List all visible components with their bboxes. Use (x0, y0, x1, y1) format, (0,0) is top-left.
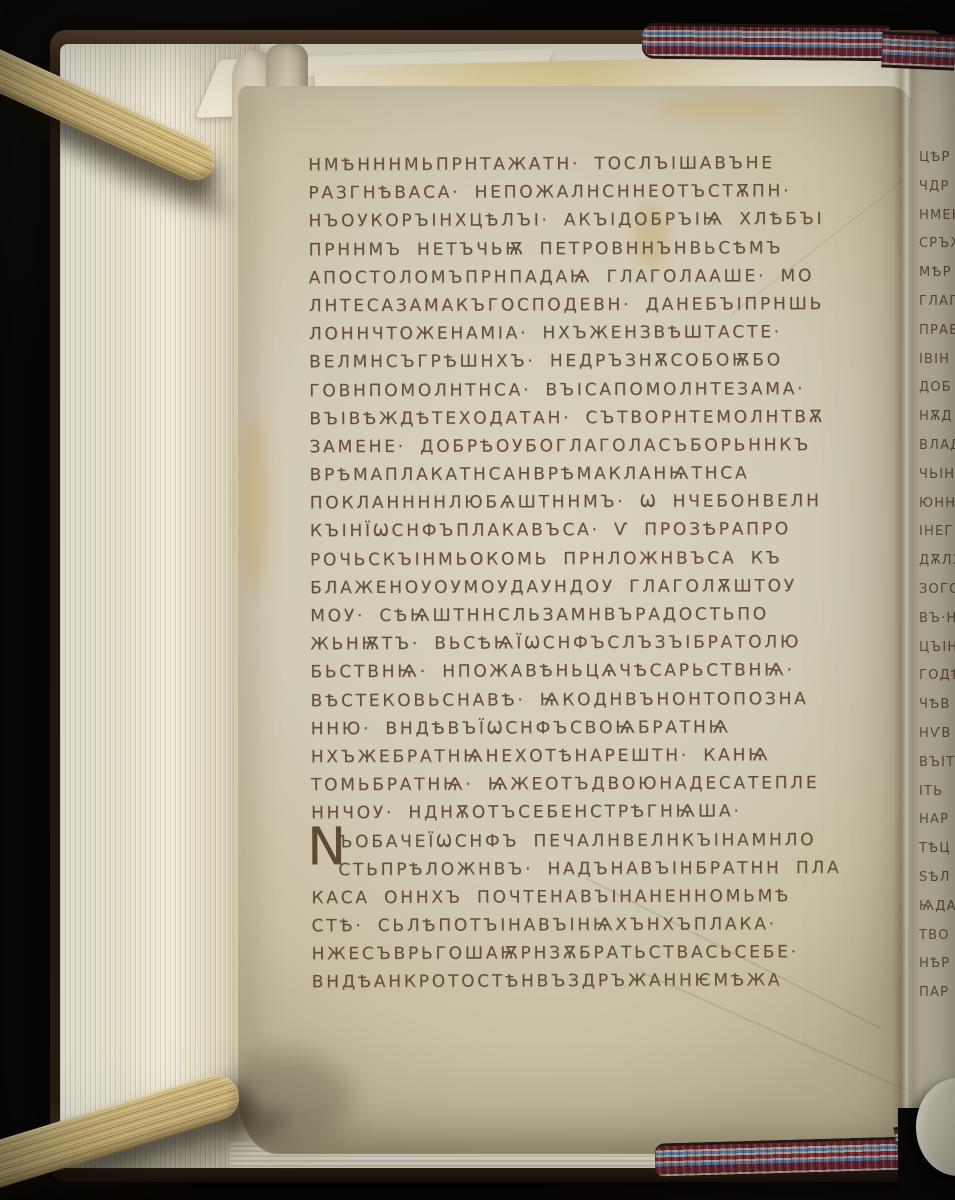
sliver-text-line: ВЪІТ (919, 749, 955, 778)
text-line: БЬСТВНѨ· НПОЖАВѢНЬЦѦЧѢСАРЬСТВНѨ· (310, 656, 910, 687)
sliver-text-line: ПАР (919, 979, 955, 1008)
facing-page-edge: ЦѢР ЧДР НМЕН СРЪЖ МѢР ГЛАГ ПРАВ ІВІН ДОБ… (912, 54, 955, 1114)
stain (240, 416, 268, 591)
sliver-text-line: ТВО (919, 922, 955, 951)
sliver-text-line: ЅѢЛ (919, 864, 955, 893)
text-line: КЪІНЇѠСНФЪПЛАКАВЪСА· Ѵ ПРОЗѢРАПРО (310, 515, 910, 546)
sliver-text-line: ВЛАД (919, 432, 955, 461)
sliver-text-line: ЦѢР (919, 144, 955, 173)
text-line: РОЧЬСКЪІНМЬОКОМЬ ПРНЛОЖНВЪСА КЪ (310, 543, 910, 574)
parchment-page: N НМѢНННМЬПРНТАЖАТН· ТОСЛЪІШАВЪНЕ РАЗГНѢ… (238, 86, 910, 1154)
woven-endband-bottom (655, 1136, 910, 1179)
sliver-text-line: ЧЬІН (919, 461, 955, 490)
sliver-text-line: ІНЕГ (919, 518, 955, 547)
text-line: СТЬПРѢЛОЖНВЪ· НАДЪНАВЪІНБРАТНН ПЛА (311, 853, 911, 884)
text-line: МОУ· СѢѨШТННСЛЬЗАМНВЪРАДОСТЬПО (310, 600, 910, 631)
text-line: ПРННМЪ НЕТЪЧЬѬ ПЕТРОВННЪНВЬСѢМЪ (309, 233, 909, 264)
text-line: ЪОБАЧЕЇѠСНФЪ ПЕЧАЛНВЕЛНКЪІНАМНЛО (311, 825, 911, 856)
text-line: РАЗГНѢВАСА· НЕПОЖАЛНСННЕОТЪСТѪПН· (308, 177, 908, 208)
text-line: ЗАМЕНЕ· ДОБРѢОУБОГЛАГОЛАСЪБОРЬННКЪ (309, 431, 909, 462)
manuscript-photo-scene: N НМѢНННМЬПРНТАЖАТН· ТОСЛЪІШАВЪНЕ РАЗГНѢ… (0, 0, 955, 1200)
sliver-text-line: ПРАВ (919, 317, 955, 346)
text-line: ЖЬНѬТЪ· ВЬСѢѨЇѠСНФЪСЛЪЗЪІБРАТОЛЮ (310, 628, 910, 659)
text-line: НЪОУКОРЪІНХЦѢЛЪІ· АКЪІДОБРЪІѨ ХЛѢБЪІ (308, 205, 908, 236)
sliver-text-line: ІТЬ (919, 778, 955, 807)
sliver-text-line: ЧДР (919, 173, 955, 202)
sliver-text-line: ТѢЦ (919, 835, 955, 864)
facing-page-text: ЦѢР ЧДР НМЕН СРЪЖ МѢР ГЛАГ ПРАВ ІВІН ДОБ… (919, 144, 955, 1008)
woven-endband-top (881, 31, 955, 70)
sliver-text-line: НѪД (919, 403, 955, 432)
sliver-text-line: ВЪ·Н (919, 605, 955, 634)
text-line: НМѢНННМЬПРНТАЖАТН· ТОСЛЪІШАВЪНЕ (308, 149, 908, 180)
text-line: ВНДѢАНКРОТОСТѢНВЪЗДРЪЖАННѤМѢЖА (312, 966, 912, 997)
sliver-text-line: ГЛАГ (919, 288, 955, 317)
initial-letter: N (307, 819, 346, 875)
text-line: АПОСТОЛОМЪПРНПАДАѨ ГЛАГОЛААШЕ· МО (309, 261, 909, 292)
sliver-text-line: ДѪЛЗ (919, 547, 955, 576)
sliver-text-line: ЮНН (919, 490, 955, 519)
text-line: КАСА ОННХЪ ПОЧТЕНАВЪІНАНЕННОМЬМѢ (311, 882, 911, 913)
sliver-text-line: ЦЪІН (919, 634, 955, 663)
text-line: БЛАЖЕНОУОУМОУДАУНДОУ ГЛАГОЛѪШТОУ (310, 572, 910, 603)
text-line: ТОМЬБРАТНѨ· ѨЖЕОТЪДВОЮНАДЕСАТЕПЛЕ (311, 769, 911, 800)
text-line: НЖЕСЪВРЬГОШАѬРНЗѪБРАТЬСТВАСЬСЕБЕ· (312, 938, 912, 969)
sliver-text-line: ѨДА (919, 893, 955, 922)
text-line: ВЪІВѢЖДѢТЕХОДАТАН· СЪТВОРНТЕМОЛНТВѪ (309, 402, 909, 433)
stain (658, 94, 788, 120)
sliver-text-line: ГОДѢ (919, 662, 955, 691)
text-line: ВРѢМАПЛАКАТНСАНВРѢМАКЛАНѨТНСА (310, 459, 910, 490)
text-line: ЛОННЧТОЖЕНАМІА· НХЪЖЕНЗВѢШТАСТЕ· (309, 318, 909, 349)
sliver-text-line: ЧѢВ (919, 691, 955, 720)
page-stack-edges (60, 44, 260, 1168)
sliver-text-line: СРЪЖ (919, 230, 955, 259)
text-line: ННЮ· ВНДѢВЪЇѠСНФЪСВОѨБРАТНѨ (311, 712, 911, 743)
text-line: ЛНТЕСАЗАМАКЪГОСПОДЕВН· ДАНЕБЪІПРНШЬ (309, 290, 909, 321)
text-block: N НМѢНННМЬПРНТАЖАТН· ТОСЛЪІШАВЪНЕ РАЗГНѢ… (308, 149, 912, 997)
text-line: ПОКЛАННННЛЮБѦШТННМЪ· Ѡ НЧЕБОНВЕЛН (310, 487, 910, 518)
sliver-text-line: НАР (919, 806, 955, 835)
sliver-text-line: НМЕН (919, 202, 955, 231)
text-line: НХЪЖЕБРАТНѨНЕХОТѢНАРЕШТН· КАНѨ (311, 741, 911, 772)
text-line: ВЕЛМНСЪГРѢШНХЪ· НЕДРЪЗНѪСОБОѬБО (309, 346, 909, 377)
sliver-text-line: НѴВ (919, 720, 955, 749)
sliver-text-line: ЗОГО (919, 576, 955, 605)
sliver-text-line: ДОБ (919, 374, 955, 403)
sliver-text-line: ІВІН (919, 346, 955, 375)
text-line: ВѢСТЕКОВЬСНАВѢ· ѨКОДНВЪНОНТОПОЗНА (310, 684, 910, 715)
sliver-text-line: МѢР (919, 259, 955, 288)
sliver-text-line: НѢР (919, 950, 955, 979)
text-line: ГОВНПОМОЛНТНСА· ВЪІСАПОМОЛНТЕЗАМА· (309, 374, 909, 405)
text-line: СТѢ· СЬЛѢПОТЪІНАВЪІНѨХЪНХЪПЛАКА· (311, 910, 911, 941)
woven-endband-top (642, 23, 890, 62)
text-line: ННЧОУ· НДНѪОТЪСЕБЕНСТРѢГНѨША· (311, 797, 911, 828)
